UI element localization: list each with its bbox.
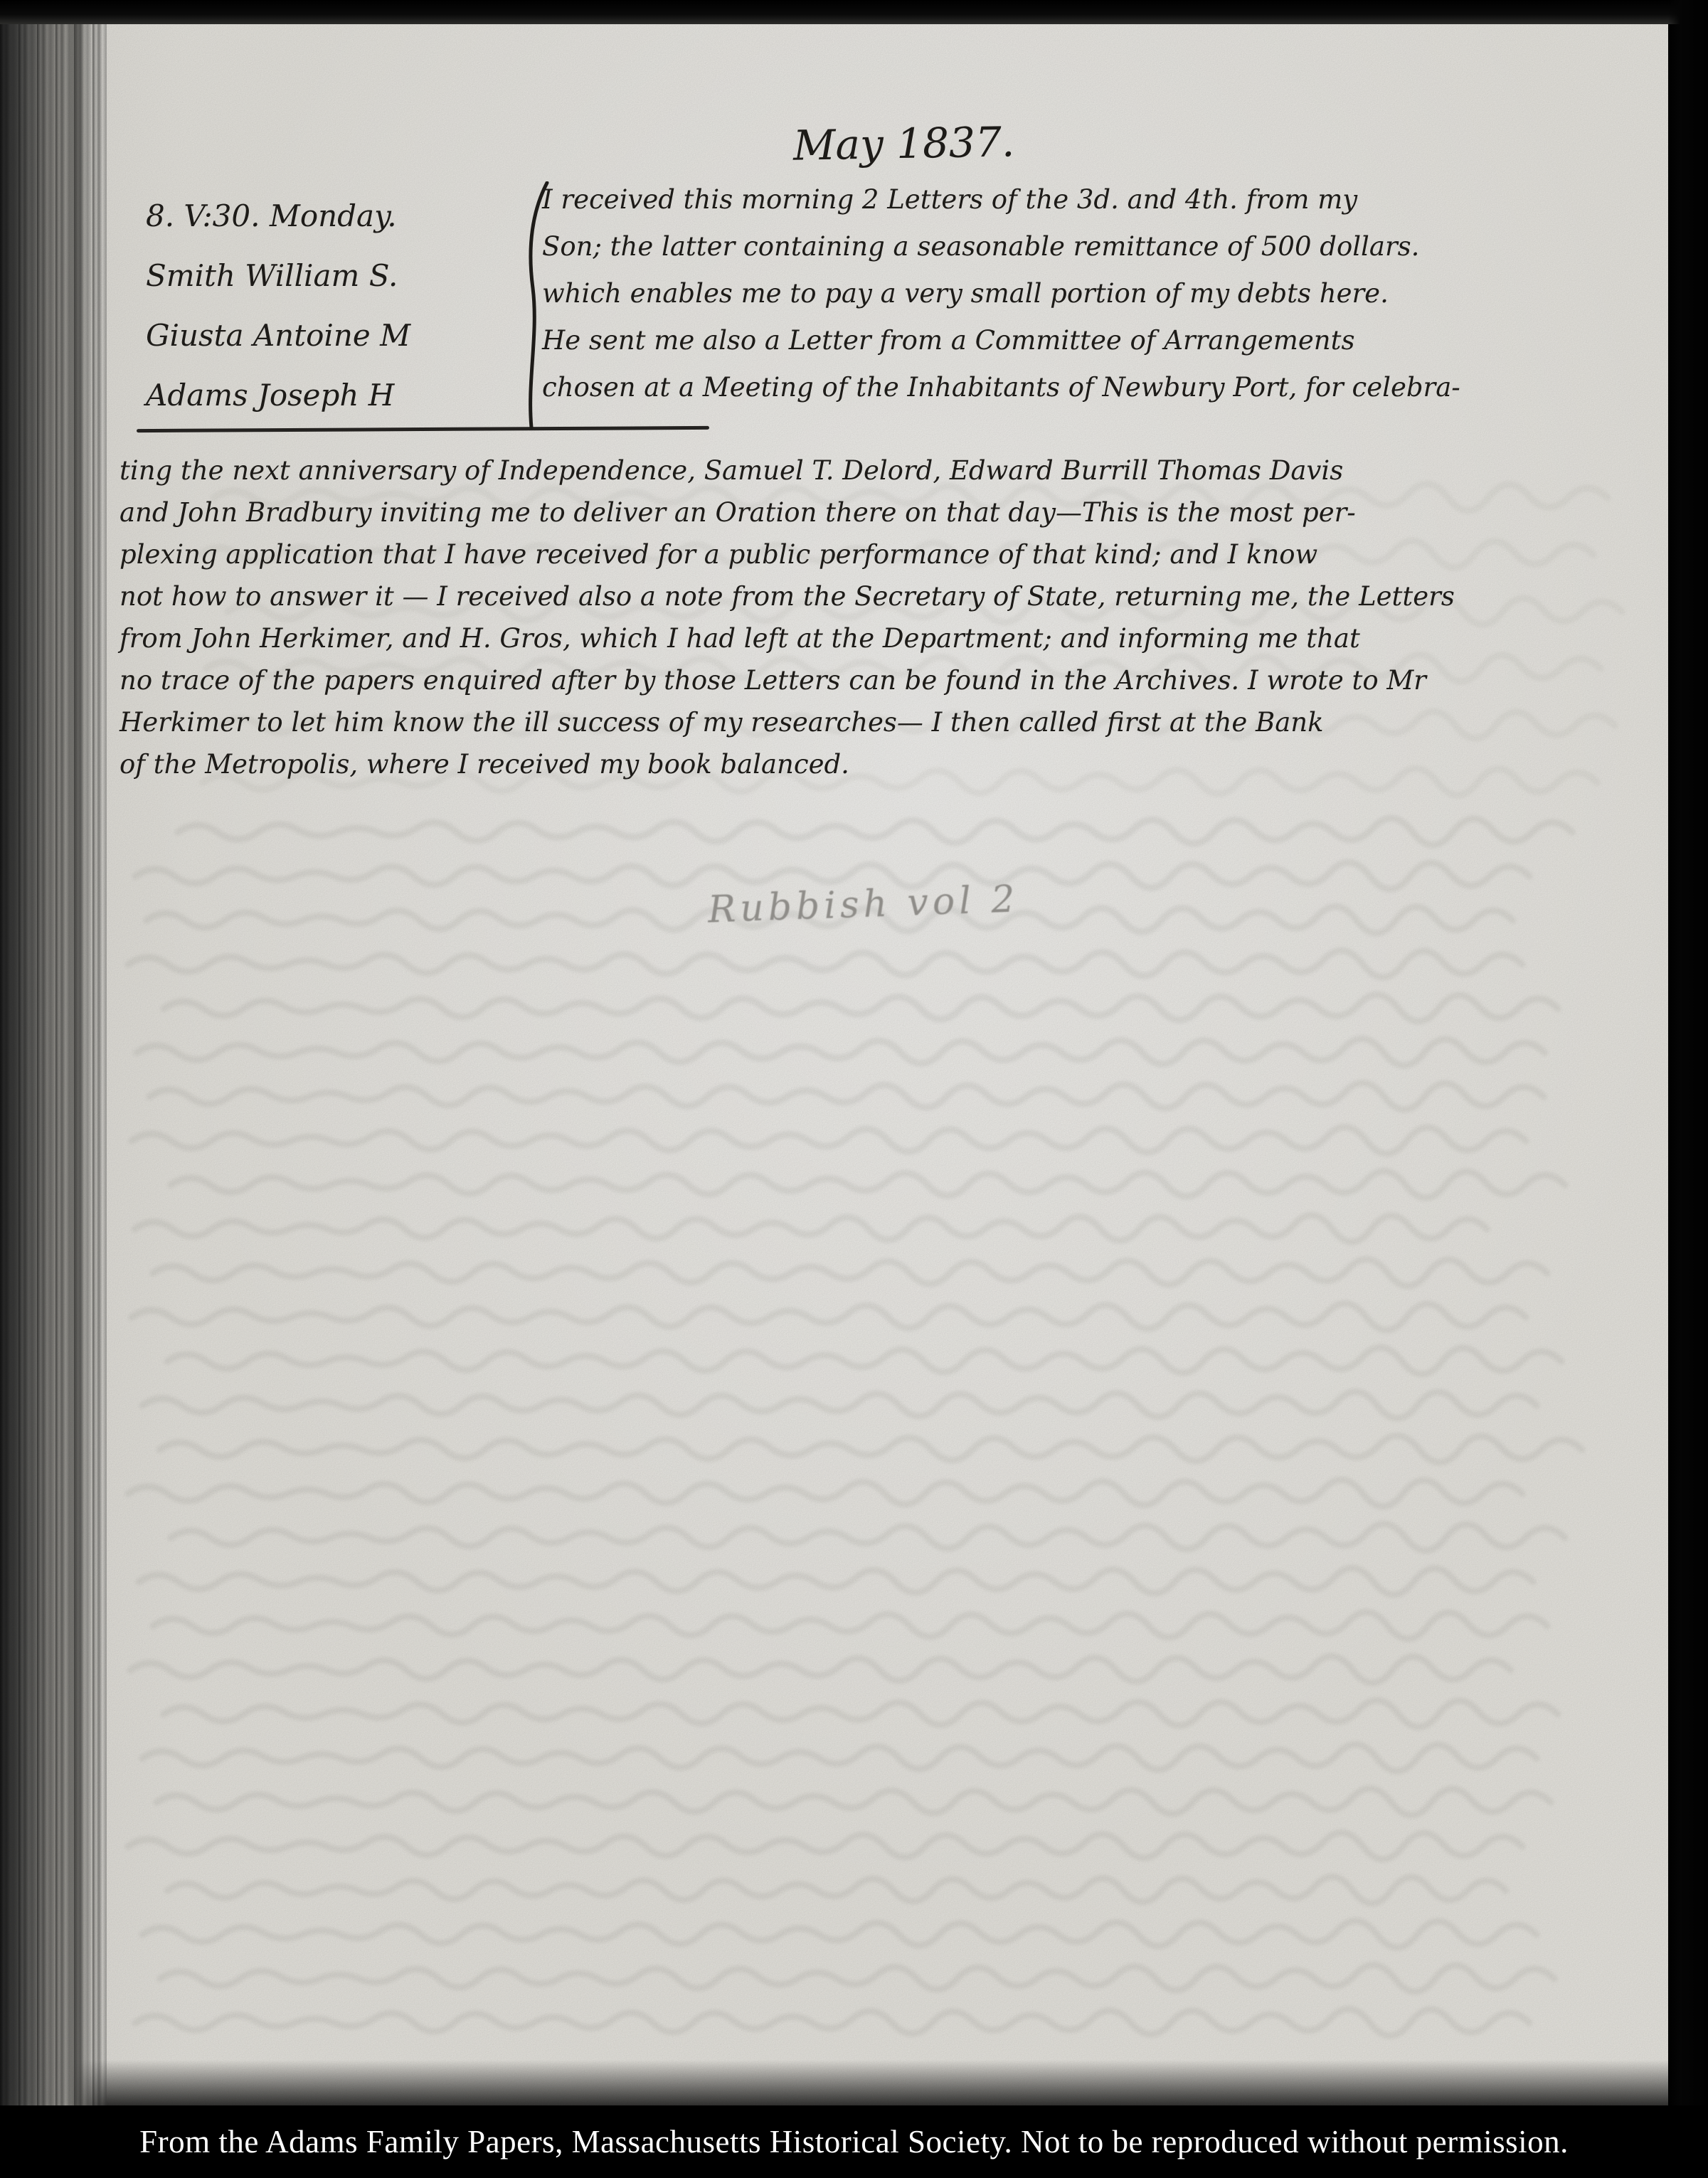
diary-entry-line: not how to answer it — I received also a… [120,575,1670,617]
manuscript-scan: May 1837. 8. V:30. Monday. Smith William… [0,0,1708,2178]
diary-entry-line: and John Bradbury inviting me to deliver… [120,492,1670,533]
diary-entry-line: which enables me to pay a very small por… [542,270,1670,317]
margin-index-line-name: Smith William S. [146,246,530,306]
diary-entry-line: no trace of the papers enquired after by… [120,659,1670,701]
book-spine-gutter [0,24,107,2110]
diary-entry-line: ting the next anniversary of Independenc… [120,450,1670,492]
footer-credit-bar: From the Adams Family Papers, Massachuse… [0,2105,1708,2178]
diary-entry-right-column: I received this morning 2 Letters of the… [542,176,1670,411]
right-edge-bar [1668,0,1708,2178]
spine-fold-shadow [68,24,86,2110]
top-edge-bar [0,0,1708,24]
footer-credit-text: From the Adams Family Papers, Massachuse… [139,2123,1569,2160]
margin-index-line-time: 8. V:30. Monday. [146,186,530,246]
diary-entry-line: He sent me also a Letter from a Committe… [542,317,1670,364]
margin-index-line-name: Giusta Antoine M [146,306,530,366]
diary-entry-line: Son; the latter containing a seasonable … [542,223,1670,270]
date-heading: May 1837. [792,117,1014,169]
diary-entry-line: chosen at a Meeting of the Inhabitants o… [542,364,1670,411]
diary-entry-line: Herkimer to let him know the ill success… [120,701,1670,743]
diary-entry-line: of the Metropolis, where I received my b… [120,743,1670,785]
diary-entry-line: I received this morning 2 Letters of the… [542,176,1670,223]
margin-index-block: 8. V:30. Monday. Smith William S. Giusta… [146,186,530,425]
diary-entry-full-width: ting the next anniversary of Independenc… [120,450,1670,785]
margin-index-line-name: Adams Joseph H [146,366,530,425]
diary-entry-line: from John Herkimer, and H. Gros, which I… [120,617,1670,659]
diary-entry-line: plexing application that I have received… [120,533,1670,575]
